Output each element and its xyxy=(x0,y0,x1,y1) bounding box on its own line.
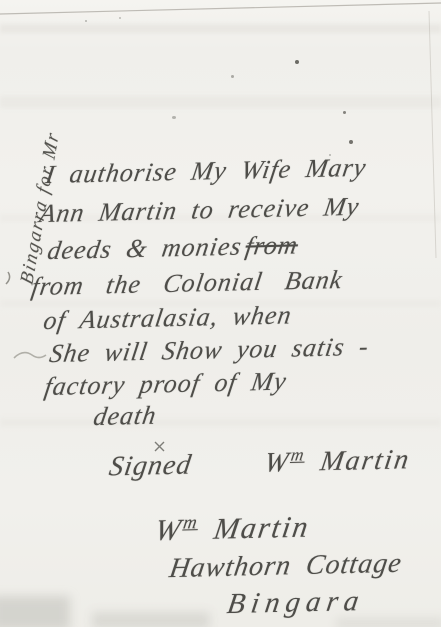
signature-name: Wm Martin xyxy=(262,445,412,479)
ink-speck xyxy=(231,75,234,78)
stray-tick-mark xyxy=(6,272,10,284)
letter-line-8: death xyxy=(91,401,158,433)
ink-speck xyxy=(349,140,353,144)
letter-line-5: of Australasia, when xyxy=(41,300,294,336)
letter-line-2: Ann Martin to receive My xyxy=(37,192,361,229)
ink-speck xyxy=(85,20,87,22)
letter-line-6: She will Show you satis - xyxy=(47,332,371,369)
strikethrough-word: from xyxy=(244,230,301,260)
signature-row: Signed Wm Martin xyxy=(107,443,413,483)
ink-speck xyxy=(343,111,346,114)
paper-streak xyxy=(0,24,441,33)
signed-label: Signed xyxy=(107,449,194,482)
ink-speck xyxy=(295,60,299,64)
scan-smudge xyxy=(336,618,441,627)
closing-address-line-2: Bingara xyxy=(225,585,367,621)
paper-streak xyxy=(0,418,441,427)
scanned-letter-page: Bingarra for Mr I authorise My Wife Mary… xyxy=(0,0,441,627)
letter-line-1: I authorise My Wife Mary xyxy=(43,153,368,190)
letter-line-3: deeds & moniesfrom xyxy=(45,230,300,266)
letter-line-3-text: deeds & monies xyxy=(46,232,244,266)
closing-address-line-1: Hawthorn Cottage xyxy=(167,548,404,585)
scan-smudge xyxy=(0,596,70,627)
letter-line-7: factory proof of My xyxy=(42,367,288,403)
ink-speck xyxy=(119,17,121,19)
letter-line-4: from the Colonial Bank xyxy=(29,265,344,302)
closing-name: Wm Martin xyxy=(153,509,313,548)
scan-smudge xyxy=(92,612,210,627)
squiggle-mark xyxy=(14,353,46,358)
ink-speck xyxy=(172,116,176,119)
